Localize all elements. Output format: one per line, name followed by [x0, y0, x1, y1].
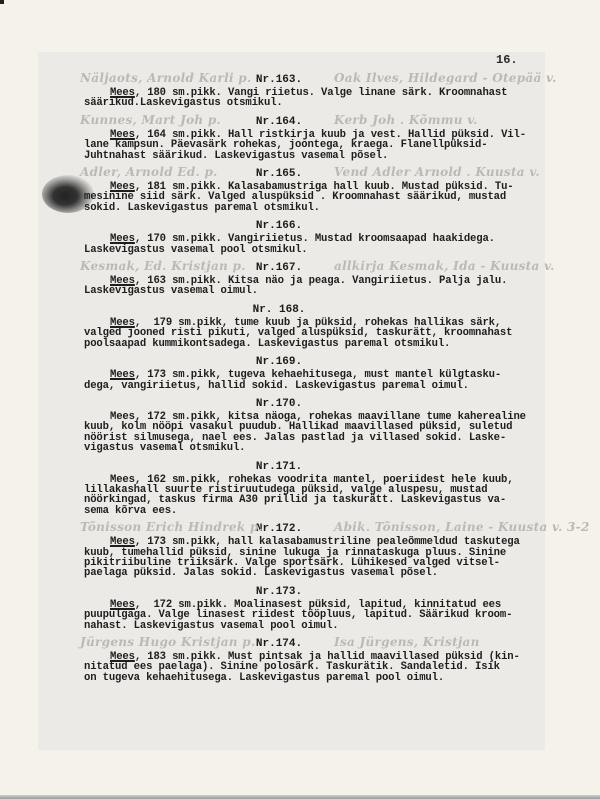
- entry-description: Mees, 162 sm.pikk, rohekas voodrita mant…: [84, 475, 544, 517]
- photo-frame: 16. Näljaots, Arnold Karli p.Nr.163.Oak …: [0, 0, 600, 799]
- entry: Nr. 168.Mees, 179 sm.pikk, tume kuub ja …: [84, 303, 544, 349]
- entry: Näljaots, Arnold Karli p.Nr.163.Oak Ilve…: [84, 73, 544, 109]
- entry: Jürgens Hugo Kristjan p.Nr.174.Isa Jürge…: [84, 637, 544, 683]
- handwritten-annotation-left: Tõnisson Erich Hindrek p.: [80, 520, 263, 535]
- entry-description: Mees, 179 sm.pikk, tume kuub ja püksid, …: [84, 318, 544, 349]
- handwritten-annotation-left: Kunnes, Mart Joh p.: [80, 113, 221, 128]
- entry-heading: Nr. 168.: [84, 303, 544, 318]
- description-line: poolsaapad kummikontsadega. Laskevigastu…: [84, 339, 544, 349]
- handwritten-annotation-left: Jürgens Hugo Kristjan p.: [80, 635, 255, 650]
- entry-heading: Nr.170.: [84, 397, 544, 412]
- entry-number: Nr.167.: [256, 262, 302, 274]
- entry-number: Nr.174.: [256, 638, 302, 650]
- entry-number: Nr.165.: [256, 168, 302, 180]
- entry-number: Nr.163.: [256, 74, 302, 86]
- entry-description: Mees, 180 sm.pikk. Vangi riietus. Valge …: [84, 88, 544, 109]
- line-text: sokid. Laskevigastus paremal otsmikul.: [84, 202, 320, 214]
- entry-heading: Tõnisson Erich Hindrek p.Nr.172.Abik. Tõ…: [84, 522, 544, 537]
- description-line: vigastus vasemal otsmikul.: [84, 443, 544, 453]
- entry-heading: Näljaots, Arnold Karli p.Nr.163.Oak Ilve…: [84, 73, 544, 88]
- entry-heading: Adler, Arnold Ed. p.Nr.165.Vend Adler Ar…: [84, 167, 544, 182]
- entry: Nr.166.Mees, 170 sm.pikk. Vangiriietus. …: [84, 219, 544, 255]
- line-text: on tugeva kehaehitusega. Laskevigastus p…: [84, 672, 444, 684]
- entry-heading: Jürgens Hugo Kristjan p.Nr.174.Isa Jürge…: [84, 637, 544, 652]
- handwritten-annotation-right: Abik. Tõnisson, Laine - Kuusta v. 3-2: [334, 520, 590, 535]
- handwritten-annotation-left: Näljaots, Arnold Karli p.: [80, 71, 251, 86]
- entry-number: Nr.169.: [256, 356, 302, 368]
- line-text: sema kõrva ees.: [84, 505, 177, 517]
- photo-bottom-edge: [0, 795, 600, 799]
- description-line: nahast. Laskevigastus vasemal pool oimul…: [84, 621, 544, 631]
- corner-mark: [0, 0, 4, 4]
- entry: Adler, Arnold Ed. p.Nr.165.Vend Adler Ar…: [84, 167, 544, 213]
- line-text: paelaga püksid. Jalas sokid. Laskevigast…: [84, 567, 438, 579]
- entry-description: Mees, 181 sm.pikk. Kalasabamustriga hall…: [84, 182, 544, 213]
- entry-heading: Kesmak, Ed. Kristjan p.Nr.167.allkirja K…: [84, 261, 544, 276]
- entry: Tõnisson Erich Hindrek p.Nr.172.Abik. Tõ…: [84, 522, 544, 579]
- line-text: poolsaapad kummikontsadega. Laskevigastu…: [84, 338, 450, 350]
- entry-heading: Nr.169.: [84, 355, 544, 370]
- entry-number: Nr.166.: [256, 220, 302, 232]
- line-text: Laskevigastus vasemal oimul.: [84, 285, 258, 297]
- handwritten-annotation-left: Kesmak, Ed. Kristjan p.: [80, 259, 246, 274]
- entry-number: Nr.171.: [256, 461, 302, 473]
- description-line: säärikud.Laskevigastus otsmikul.: [84, 98, 544, 108]
- handwritten-annotation-right: Kerb Joh . Kõmmu v.: [334, 113, 478, 128]
- entry-description: Mees, 164 sm.pikk. Hall ristkirja kuub j…: [84, 130, 544, 161]
- entry: Nr.169.Mees, 173 sm.pikk, tugeva kehaehi…: [84, 355, 544, 391]
- entry-number: Nr.173.: [256, 586, 302, 598]
- description-line: on tugeva kehaehitusega. Laskevigastus p…: [84, 673, 544, 683]
- entry-heading: Nr.166.: [84, 219, 544, 234]
- entry: Kunnes, Mart Joh p.Nr.164.Kerb Joh . Kõm…: [84, 115, 544, 161]
- line-text: Laskevigastus vasemal pool otsmikul.: [84, 244, 307, 256]
- line-text: säärikud.Laskevigastus otsmikul.: [84, 97, 283, 109]
- entry-number: Nr.170.: [256, 398, 302, 410]
- handwritten-annotation-right: Vend Adler Arnold . Kuusta v.: [334, 165, 540, 180]
- entry: Kesmak, Ed. Kristjan p.Nr.167.allkirja K…: [84, 261, 544, 297]
- entry-number: Nr.164.: [256, 116, 302, 128]
- entry-description: Mees, 173 sm.pikk, tugeva kehaehitusega,…: [84, 370, 544, 391]
- entries-list: Näljaots, Arnold Karli p.Nr.163.Oak Ilve…: [84, 73, 544, 689]
- description-line: paelaga püksid. Jalas sokid. Laskevigast…: [84, 568, 544, 578]
- handwritten-annotation-right: Oak Ilves, Hildegard - Otepää v.: [334, 71, 557, 86]
- entry-description: Mees, 172 sm.pikk, kitsa näoga, rohekas …: [84, 412, 544, 454]
- description-line: Laskevigastus vasemal oimul.: [84, 286, 544, 296]
- description-line: dega, vangiriietus, hallid sokid. Laskev…: [84, 381, 544, 391]
- page-number: 16.: [496, 53, 518, 67]
- description-line: Laskevigastus vasemal pool otsmikul.: [84, 245, 544, 255]
- entry-heading: Nr.173.: [84, 585, 544, 600]
- entry-number: Nr. 168.: [253, 304, 306, 316]
- description-line: sema kõrva ees.: [84, 506, 544, 516]
- handwritten-annotation-right: allkirja Kesmak, Ida - Kuusta v.: [334, 259, 555, 274]
- description-line: sokid. Laskevigastus paremal otsmikul.: [84, 203, 544, 213]
- entry-description: Mees, 163 sm.pikk. Kitsa näo ja peaga. V…: [84, 276, 544, 297]
- description-line: Juhtnahast säärikud. Laskevigastus vasem…: [84, 151, 544, 161]
- entry-heading: Nr.171.: [84, 460, 544, 475]
- handwritten-annotation-left: Adler, Arnold Ed. p.: [80, 165, 218, 180]
- entry-description: Mees, 173 sm.pikk, hall kalasabamustrili…: [84, 537, 544, 579]
- entry: Nr.173.Mees, 172 sm.pikk. Moalinasest pü…: [84, 585, 544, 631]
- handwritten-annotation-right: Isa Jürgens, Kristjan: [334, 635, 480, 650]
- entry-description: Mees, 170 sm.pikk. Vangiriietus. Mustad …: [84, 234, 544, 255]
- entry-description: Mees, 172 sm.pikk. Moalinasest püksid, l…: [84, 600, 544, 631]
- line-text: Juhtnahast säärikud. Laskevigastus vasem…: [84, 150, 388, 162]
- line-text: vigastus vasemal otsmikul.: [84, 442, 245, 454]
- entry: Nr.171.Mees, 162 sm.pikk, rohekas voodri…: [84, 460, 544, 517]
- entry-heading: Kunnes, Mart Joh p.Nr.164.Kerb Joh . Kõm…: [84, 115, 544, 130]
- line-text: dega, vangiriietus, hallid sokid. Laskev…: [84, 380, 469, 392]
- entry-description: Mees, 183 sm.pikk. Must pintsak ja halli…: [84, 652, 544, 683]
- entry: Nr.170.Mees, 172 sm.pikk, kitsa näoga, r…: [84, 397, 544, 454]
- line-text: nahast. Laskevigastus vasemal pool oimul…: [84, 620, 339, 632]
